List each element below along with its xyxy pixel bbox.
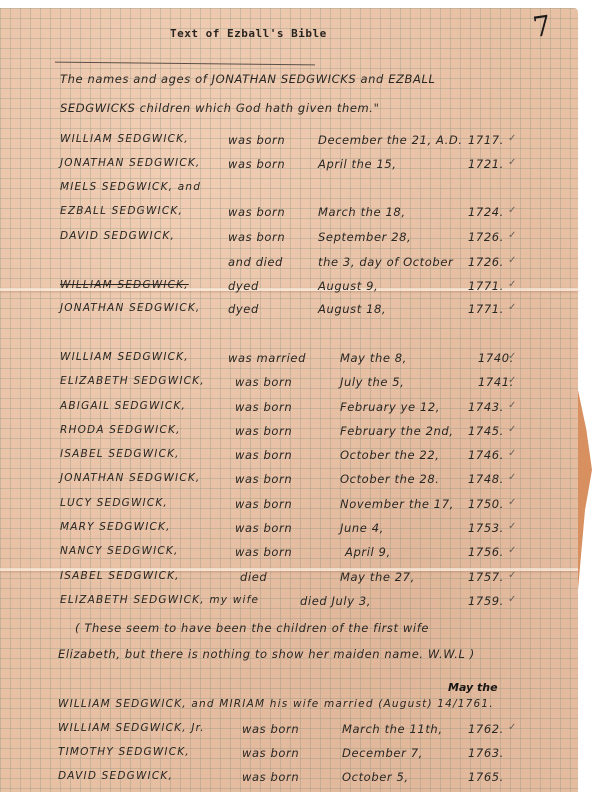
record-name: DAVID SEDGWICK, (58, 770, 173, 782)
record-name: TIMOTHY SEDGWICK, (58, 746, 190, 758)
record-name: ABIGAIL SEDGWICK, (60, 400, 186, 412)
record-event: was born (235, 545, 292, 559)
record-event: was married (228, 351, 306, 365)
record-name: MARY SEDGWICK, (60, 521, 171, 533)
check-icon: ✓ (508, 400, 517, 411)
record-year: 1717. (468, 133, 504, 147)
record-year: 1743. (468, 400, 504, 414)
record-event: was born (228, 230, 285, 244)
record-name: WILLIAM SEDGWICK, (60, 133, 189, 145)
record-date: February the 2nd, (340, 424, 454, 438)
record-date: September 28, (318, 230, 411, 244)
record-name: DAVID SEDGWICK, (60, 230, 175, 242)
record-row: ABIGAIL SEDGWICK, was born February ye 1… (0, 400, 578, 420)
record-name: WILLIAM SEDGWICK, (60, 279, 189, 291)
record-row: MIELS SEDGWICK, and (0, 181, 578, 201)
record-row: DAVID SEDGWICK, was born October 5, 1765… (0, 770, 578, 790)
record-row: EZBALL SEDGWICK, was born March the 18, … (0, 205, 578, 225)
record-year: 1759. (468, 594, 504, 608)
record-row: LUCY SEDGWICK, was born November the 17,… (0, 497, 578, 517)
record-name: ISABEL SEDGWICK, (60, 570, 180, 582)
record-event: died (240, 570, 267, 584)
record-date: May the 8, (340, 351, 407, 365)
record-date: October the 22, (340, 448, 440, 462)
check-icon: ✓ (508, 472, 517, 483)
record-row: ISABEL SEDGWICK, died May the 27, 1757. … (0, 570, 578, 590)
record-year: 1765. (468, 770, 504, 784)
record-row: JONATHAN SEDGWICK, was born October the … (0, 472, 578, 492)
record-event: was born (235, 521, 292, 535)
record-event: was born (235, 375, 292, 389)
record-name: WILLIAM SEDGWICK, (60, 351, 189, 363)
record-date: May the 27, (340, 570, 415, 584)
check-icon: ✓ (508, 230, 517, 241)
record-year: 1726. (468, 255, 504, 269)
check-icon: ✓ (508, 255, 517, 266)
record-date: died July 3, (300, 594, 371, 608)
record-name: JONATHAN SEDGWICK, (60, 472, 200, 484)
record-date: November the 17, (340, 497, 454, 511)
record-name: MIELS SEDGWICK, and (60, 181, 201, 193)
record-year: 1748. (468, 472, 504, 486)
record-name: RHODA SEDGWICK, (60, 424, 181, 436)
record-row: RHODA SEDGWICK, was born February the 2n… (0, 424, 578, 444)
record-row: ELIZABETH SEDGWICK, my wife died July 3,… (0, 594, 578, 614)
check-icon: ✓ (508, 205, 517, 216)
note-line-2: Elizabeth, but there is nothing to show … (58, 647, 475, 661)
check-icon: ✓ (508, 722, 517, 733)
record-date: February ye 12, (340, 400, 440, 414)
record-date: April the 15, (318, 157, 397, 171)
record-event: was born (228, 133, 285, 147)
record-year: 1726. (468, 230, 504, 244)
record-date: March the 18, (318, 205, 406, 219)
record-event: dyed (228, 302, 259, 316)
record-year: 1762. (468, 722, 504, 736)
record-row: MARY SEDGWICK, was born June 4, 1753. ✓ (0, 521, 578, 541)
record-event: and died (228, 255, 283, 269)
check-icon: ✓ (508, 594, 517, 605)
document-title: Text of Ezball's Bible (170, 27, 327, 40)
record-year: 1753. (468, 521, 504, 535)
record-year: 1756. (468, 545, 504, 559)
record-year: 1750. (468, 497, 504, 511)
record-date: August 18, (318, 302, 386, 316)
record-row: WILLIAM SEDGWICK, was married May the 8,… (0, 351, 578, 371)
intro-line-2: SEDGWICKS children which God hath given … (60, 101, 379, 115)
record-date: April 9, (345, 545, 391, 559)
record-name: ELIZABETH SEDGWICK, my wife (60, 594, 259, 606)
record-event: was born (242, 746, 299, 760)
record-year: 1771. (468, 279, 504, 293)
record-name: JONATHAN SEDGWICK, (60, 302, 200, 314)
check-icon: ✓ (508, 279, 517, 290)
marriage-line: WILLIAM SEDGWICK, and MIRIAM his wife ma… (58, 698, 494, 710)
note-line-1: ( These seem to have been the children o… (75, 621, 429, 635)
record-year: 1771. (468, 302, 504, 316)
check-icon: ✓ (508, 448, 517, 459)
record-year: 1724. (468, 205, 504, 219)
record-event: was born (242, 722, 299, 736)
record-year: 1721. (468, 157, 504, 171)
record-row: NANCY SEDGWICK, was born April 9, 1756. … (0, 545, 578, 565)
record-event: was born (235, 497, 292, 511)
check-icon: ✓ (508, 351, 517, 362)
record-name: ELIZABETH SEDGWICK, (60, 375, 205, 387)
record-row: ELIZABETH SEDGWICK, was born July the 5,… (0, 375, 578, 395)
record-event: was born (228, 157, 285, 171)
record-event: was born (242, 770, 299, 784)
record-name: WILLIAM SEDGWICK, Jr. (58, 722, 205, 734)
check-icon: ✓ (508, 157, 517, 168)
record-event: was born (235, 424, 292, 438)
record-row: WILLIAM SEDGWICK, Jr. was born March the… (0, 722, 578, 742)
intro-line-1: The names and ages of JONATHAN SEDGWICKS… (60, 72, 436, 86)
record-date: June 4, (340, 521, 384, 535)
record-row: DAVID SEDGWICK, was born September 28, 1… (0, 230, 578, 250)
record-date: October 5, (342, 770, 409, 784)
record-name: LUCY SEDGWICK, (60, 497, 168, 509)
record-row: WILLIAM SEDGWICK, was born December the … (0, 133, 578, 153)
record-row: TIMOTHY SEDGWICK, was born December 7, 1… (0, 746, 578, 766)
record-date: October the 28. (340, 472, 440, 486)
record-date: December 7, (342, 746, 423, 760)
record-event: was born (235, 448, 292, 462)
check-icon: ✓ (508, 521, 517, 532)
record-year: 1746. (468, 448, 504, 462)
record-row: and died the 3, day of October 1726. ✓ (0, 255, 578, 275)
record-date: March the 11th, (342, 722, 443, 736)
record-event: dyed (228, 279, 259, 293)
record-row: JONATHAN SEDGWICK, was born April the 15… (0, 157, 578, 177)
record-name: NANCY SEDGWICK, (60, 545, 179, 557)
check-icon: ✓ (508, 133, 517, 144)
record-event: was born (228, 205, 285, 219)
record-year: 1757. (468, 570, 504, 584)
record-date: July the 5, (340, 375, 404, 389)
record-row: ISABEL SEDGWICK, was born October the 22… (0, 448, 578, 468)
record-year: 1763. (468, 746, 504, 760)
record-name: JONATHAN SEDGWICK, (60, 157, 200, 169)
check-icon: ✓ (508, 424, 517, 435)
record-date: December the 21, A.D. (318, 133, 463, 147)
record-row: WILLIAM SEDGWICK, dyed August 9, 1771. ✓ (0, 279, 578, 299)
check-icon: ✓ (508, 570, 517, 581)
record-year: 1745. (468, 424, 504, 438)
record-event: was born (235, 472, 292, 486)
record-row: JONATHAN SEDGWICK, dyed August 18, 1771.… (0, 302, 578, 322)
marriage-annotation: May the (448, 681, 498, 694)
record-name: EZBALL SEDGWICK, (60, 205, 183, 217)
record-name: ISABEL SEDGWICK, (60, 448, 180, 460)
paper-tab (578, 390, 592, 590)
record-date: August 9, (318, 279, 378, 293)
check-icon: ✓ (508, 375, 517, 386)
check-icon: ✓ (508, 545, 517, 556)
record-date: the 3, day of October (318, 255, 453, 269)
check-icon: ✓ (508, 302, 517, 313)
record-event: was born (235, 400, 292, 414)
check-icon: ✓ (508, 497, 517, 508)
